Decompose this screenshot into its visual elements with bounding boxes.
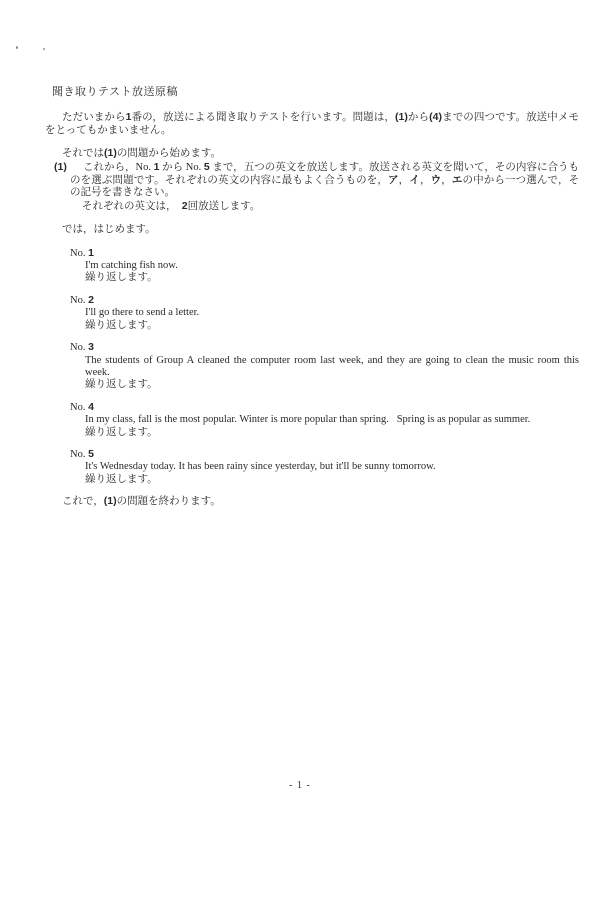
- item-repeat-line: 繰り返します。: [70, 272, 579, 284]
- listening-item-5: No. 5 It's Wednesday today. It has been …: [45, 448, 579, 486]
- listening-item-3: No. 3 The students of Group A cleaned th…: [45, 341, 579, 392]
- item-number: No. 2: [70, 294, 579, 307]
- item-repeat-line: 繰り返します。: [70, 320, 579, 332]
- item-repeat-line: 繰り返します。: [70, 427, 579, 439]
- listening-item-1: No. 1 I'm catching fish now. 繰り返します。: [45, 247, 579, 285]
- listening-item-2: No. 2 I'll go there to send a letter. 繰り…: [45, 294, 579, 332]
- section-start-line: それでは(1)の問題から始めます。: [45, 147, 579, 160]
- item-sentence: The students of Group A cleaned the comp…: [70, 355, 579, 380]
- document-content: 聞き取りテスト放送原稿 ただいまから1番の，放送による聞き取りテストを行います。…: [45, 86, 579, 509]
- section-1-label: (1): [54, 161, 67, 173]
- item-sentence: I'm catching fish now.: [70, 260, 579, 272]
- section-1-instructions: これから，No. 1 から No. 5 まで，五つの英文を放送します。放送される…: [70, 161, 579, 200]
- document-page: 聞き取りテスト放送原稿 ただいまから1番の，放送による聞き取りテストを行います。…: [0, 0, 600, 900]
- listening-item-4: No. 4 In my class, fall is the most popu…: [45, 401, 579, 439]
- item-number: No. 3: [70, 341, 579, 354]
- item-sentence: I'll go there to send a letter.: [70, 307, 579, 319]
- item-sentence: It's Wednesday today. It has been rainy …: [70, 461, 579, 473]
- page-number: - 1 -: [0, 780, 600, 791]
- section-end-line: これで，(1)の問題を終わります。: [45, 495, 579, 508]
- item-number: No. 1: [70, 247, 579, 260]
- item-number: No. 5: [70, 448, 579, 461]
- intro-paragraph: ただいまから1番の，放送による聞き取りテストを行います。問題は，(1)から(4)…: [45, 111, 579, 137]
- scan-speck: [16, 46, 18, 49]
- item-number: No. 4: [70, 401, 579, 414]
- begin-line: では，はじめます。: [45, 224, 579, 236]
- document-title: 聞き取りテスト放送原稿: [52, 86, 579, 98]
- item-sentence: In my class, fall is the most popular. W…: [70, 414, 579, 426]
- repeat-count-note: それぞれの英文は， 2回放送します。: [70, 200, 579, 213]
- item-repeat-line: 繰り返します。: [70, 474, 579, 486]
- item-repeat-line: 繰り返します。: [70, 379, 579, 391]
- section-1-block: (1) これから，No. 1 から No. 5 まで，五つの英文を放送します。放…: [45, 161, 579, 214]
- scan-speck: [43, 48, 45, 50]
